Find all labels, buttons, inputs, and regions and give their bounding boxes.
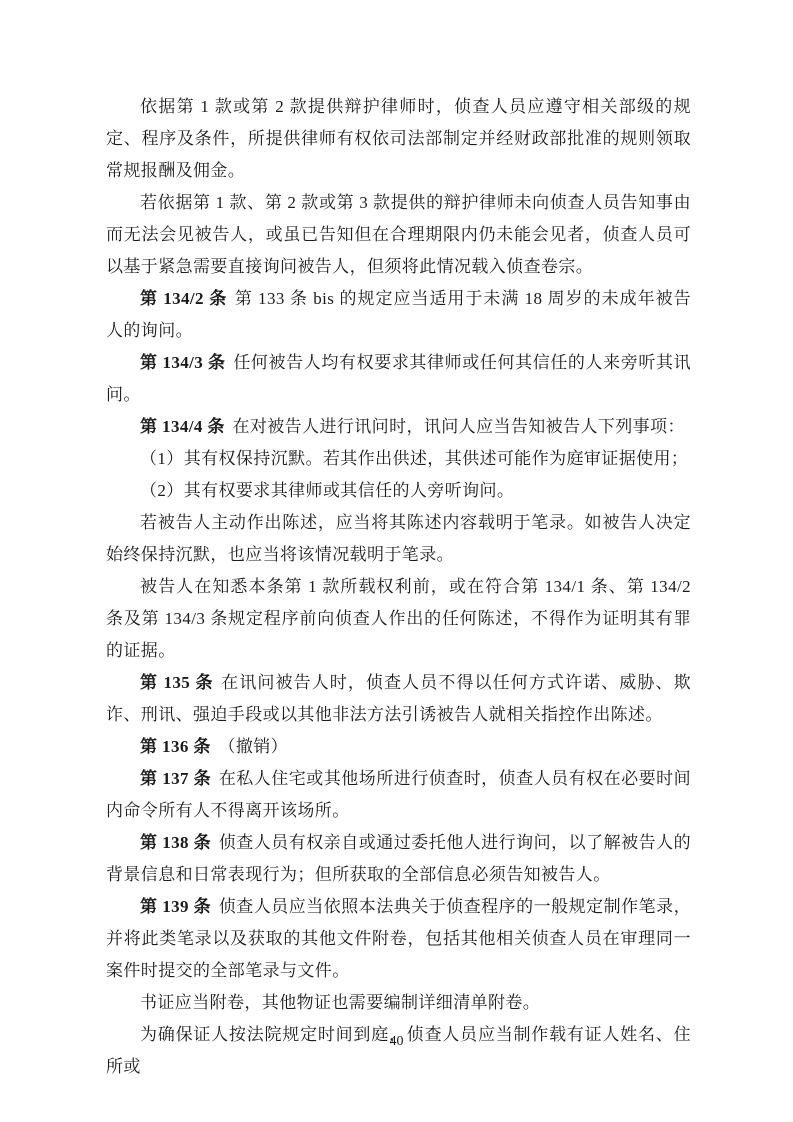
paragraph-text: 书证应当附卷，其他物证也需要编制详细清单附卷。 [140,993,540,1012]
paragraph: 被告人在知悉本条第 1 款所载权利前，或在符合第 134/1 条、第 134/2… [106,571,691,667]
paragraph: 第 139 条侦查人员应当依照本法典关于侦查程序的一般规定制作笔录，并将此类笔录… [106,891,691,987]
article-number: 第 134/2 条 [140,289,227,308]
paragraph-text: 依据第 1 款或第 2 款提供辩护律师时，侦查人员应遵守相关部级的规定、程序及条… [106,97,691,180]
paragraph-text: （2）其有权要求其律师或其信任的人旁听询问。 [140,481,514,500]
paragraph-text: 若依据第 1 款、第 2 款或第 3 款提供的辩护律师未向侦查人员告知事由而无法… [106,193,691,276]
paragraph: 第 136 条（撤销） [106,731,691,763]
article-number: 第 134/4 条 [140,417,225,436]
paragraph: 第 134/2 条第 133 条 bis 的规定应当适用于未满 18 周岁的未成… [106,283,691,347]
article-number: 第 134/3 条 [140,353,226,372]
paragraph: 为确保证人按法院规定时间到庭，侦查人员应当制作载有证人姓名、住所或 [106,1019,691,1083]
paragraph: 第 134/4 条在对被告人进行讯问时，讯问人应当告知被告人下列事项： [106,411,691,443]
paragraph-text: （1）其有权保持沉默。若其作出供述，其供述可能作为庭审证据使用； [140,449,688,468]
article-number: 第 138 条 [140,833,211,852]
paragraph-text: （撤销） [218,737,288,756]
paragraph: （2）其有权要求其律师或其信任的人旁听询问。 [106,475,691,507]
paragraph: 第 138 条侦查人员有权亲自或通过委托他人进行询问，以了解被告人的背景信息和日… [106,827,691,891]
paragraph: 第 135 条在讯问被告人时，侦查人员不得以任何方式许诺、威胁、欺诈、刑讯、强迫… [106,667,691,731]
paragraph: 若被告人主动作出陈述，应当将其陈述内容载明于笔录。如被告人决定始终保持沉默，也应… [106,507,691,571]
paragraph-text: 在对被告人进行讯问时，讯问人应当告知被告人下列事项： [232,417,684,436]
article-number: 第 139 条 [140,897,211,916]
paragraph-text: 若被告人主动作出陈述，应当将其陈述内容载明于笔录。如被告人决定始终保持沉默，也应… [106,513,691,564]
paragraph-text: 为确保证人按法院规定时间到庭，侦查人员应当制作载有证人姓名、住所或 [106,1025,691,1076]
article-number: 第 137 条 [140,769,211,788]
page-number: 40 [0,1034,793,1050]
paragraph: 第 137 条在私人住宅或其他场所进行侦查时，侦查人员有权在必要时间内命令所有人… [106,763,691,827]
paragraph: 书证应当附卷，其他物证也需要编制详细清单附卷。 [106,987,691,1019]
article-number: 第 135 条 [140,673,214,692]
article-number: 第 136 条 [140,737,211,756]
paragraph: 第 134/3 条任何被告人均有权要求其律师或任何其信任的人来旁听其讯问。 [106,347,691,411]
document-page: 依据第 1 款或第 2 款提供辩护律师时，侦查人员应遵守相关部级的规定、程序及条… [0,0,793,1122]
document-body: 依据第 1 款或第 2 款提供辩护律师时，侦查人员应遵守相关部级的规定、程序及条… [106,91,691,1083]
paragraph: 依据第 1 款或第 2 款提供辩护律师时，侦查人员应遵守相关部级的规定、程序及条… [106,91,691,187]
paragraph: （1）其有权保持沉默。若其作出供述，其供述可能作为庭审证据使用； [106,443,691,475]
paragraph: 若依据第 1 款、第 2 款或第 3 款提供的辩护律师未向侦查人员告知事由而无法… [106,187,691,283]
paragraph-text: 被告人在知悉本条第 1 款所载权利前，或在符合第 134/1 条、第 134/2… [106,577,691,660]
